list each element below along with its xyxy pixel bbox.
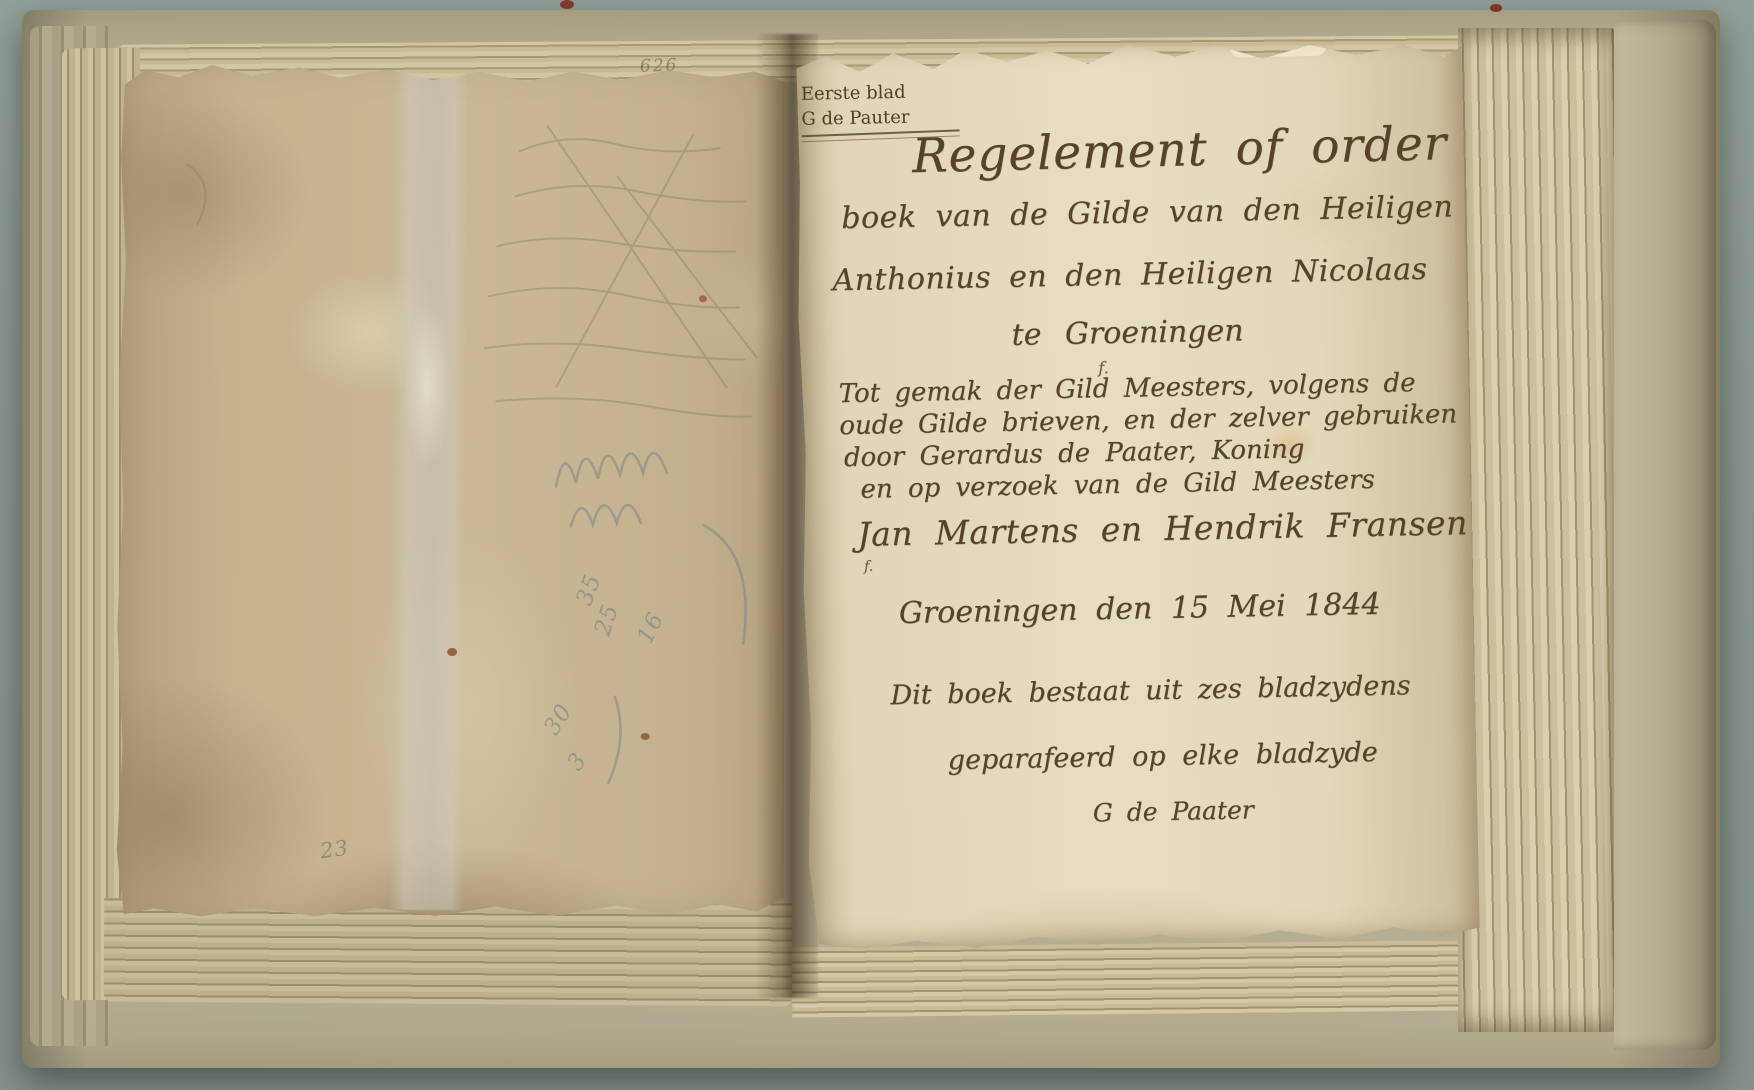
rust-stain — [699, 295, 707, 302]
ink-flourish: f. — [864, 559, 873, 575]
book-cover-right — [1614, 20, 1716, 1050]
red-wax-spot — [1490, 4, 1502, 12]
manuscript-names-line: Jan Martens en Hendrik Fransen — [857, 503, 1468, 554]
corner-note-line1: Eerste blad — [801, 79, 961, 107]
page-stack-fore-edge — [1458, 28, 1620, 1032]
right-page: Eerste blad G de Pauter Regelement of or… — [792, 33, 1481, 954]
manuscript-note-line-1: Dit boek bestaat uit zes bladzydens — [890, 670, 1411, 711]
manuscript-dateline: Groeningen den 15 Mei 1844 — [899, 587, 1381, 631]
red-wax-spot — [560, 0, 574, 9]
faded-scribbles-svg — [114, 54, 789, 923]
manuscript-subtitle-1: boek van de Gilde van den Heiligen — [841, 189, 1454, 236]
left-page: 35 25 16 30 3 23 — [114, 54, 789, 923]
manuscript-subtitle-3: te Groeningen — [1011, 313, 1244, 352]
manuscript-note-line-2: geparafeerd op elke bladzyde — [947, 737, 1378, 776]
page-stack-bottom-right — [792, 940, 1465, 1017]
rust-stain — [641, 733, 650, 740]
pencil-number: 23 — [319, 836, 351, 864]
rust-stain — [447, 648, 457, 656]
manuscript-signature: G de Paater — [1092, 795, 1253, 827]
manuscript-title: Regelement of order — [911, 116, 1447, 184]
manuscript-subtitle-2: Anthonius en den Heiligen Nicolaas — [832, 252, 1428, 298]
photo-stage: 626 — [0, 0, 1754, 1090]
